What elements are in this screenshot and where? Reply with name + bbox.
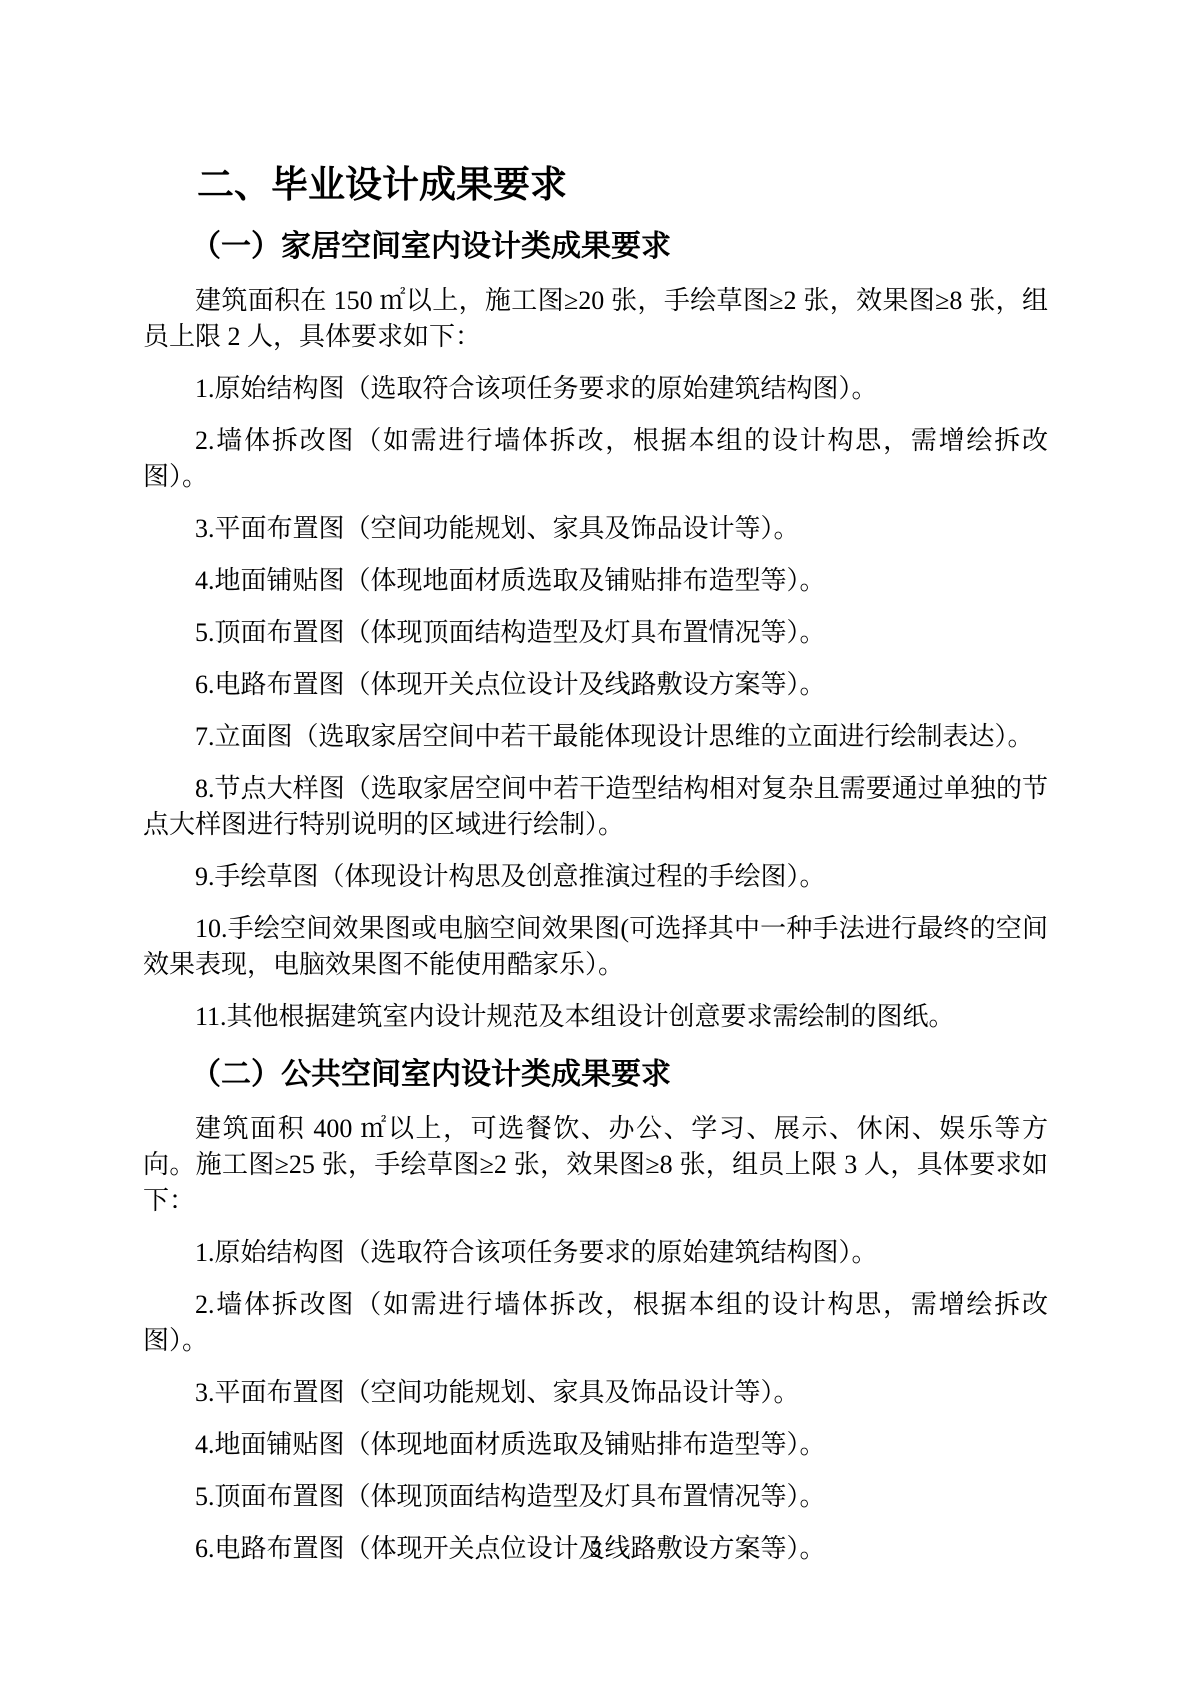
requirement-item-1-8: 8.节点大样图（选取家居空间中若干造型结构相对复杂且需要通过单独的节点大样图进行… [143,771,1048,843]
subsection-2-intro: 建筑面积 400 ㎡以上，可选餐饮、办公、学习、展示、休闲、娱乐等方向。施工图≥… [143,1111,1048,1219]
subsection-1-title: （一）家居空间室内设计类成果要求 [191,227,1048,267]
requirement-item-1-4: 4.地面铺贴图（体现地面材质选取及铺贴排布造型等）。 [143,563,1048,599]
requirement-item-1-2: 2.墙体拆改图（如需进行墙体拆改，根据本组的设计构思，需增绘拆改图）。 [143,423,1048,495]
requirement-item-2-1: 1.原始结构图（选取符合该项任务要求的原始建筑结构图）。 [143,1235,1048,1271]
requirement-item-1-10: 10.手绘空间效果图或电脑空间效果图(可选择其中一种手法进行最终的空间效果表现，… [143,911,1048,983]
requirement-item-1-3: 3.平面布置图（空间功能规划、家具及饰品设计等）。 [143,511,1048,547]
subsection-2-title: （二）公共空间室内设计类成果要求 [191,1055,1048,1095]
page-number: 5 [0,1536,1191,1564]
requirement-item-2-5: 5.顶面布置图（体现顶面结构造型及灯具布置情况等）。 [143,1479,1048,1515]
requirement-item-1-1: 1.原始结构图（选取符合该项任务要求的原始建筑结构图）。 [143,371,1048,407]
requirement-item-1-9: 9.手绘草图（体现设计构思及创意推演过程的手绘图）。 [143,859,1048,895]
document-page: 二、毕业设计成果要求 （一）家居空间室内设计类成果要求 建筑面积在 150 ㎡以… [0,0,1191,1684]
document-content: 二、毕业设计成果要求 （一）家居空间室内设计类成果要求 建筑面积在 150 ㎡以… [143,163,1048,1567]
requirement-item-2-2: 2.墙体拆改图（如需进行墙体拆改，根据本组的设计构思，需增绘拆改图）。 [143,1287,1048,1359]
requirement-item-1-5: 5.顶面布置图（体现顶面结构造型及灯具布置情况等）。 [143,615,1048,651]
requirement-item-1-6: 6.电路布置图（体现开关点位设计及线路敷设方案等）。 [143,667,1048,703]
requirement-item-2-4: 4.地面铺贴图（体现地面材质选取及铺贴排布造型等）。 [143,1427,1048,1463]
requirement-item-1-7: 7.立面图（选取家居空间中若干最能体现设计思维的立面进行绘制表达）。 [143,719,1048,755]
main-heading: 二、毕业设计成果要求 [197,163,1048,207]
subsection-1-intro: 建筑面积在 150 ㎡以上，施工图≥20 张，手绘草图≥2 张，效果图≥8 张，… [143,283,1048,355]
requirement-item-1-11: 11.其他根据建筑室内设计规范及本组设计创意要求需绘制的图纸。 [143,999,1048,1035]
requirement-item-2-3: 3.平面布置图（空间功能规划、家具及饰品设计等）。 [143,1375,1048,1411]
